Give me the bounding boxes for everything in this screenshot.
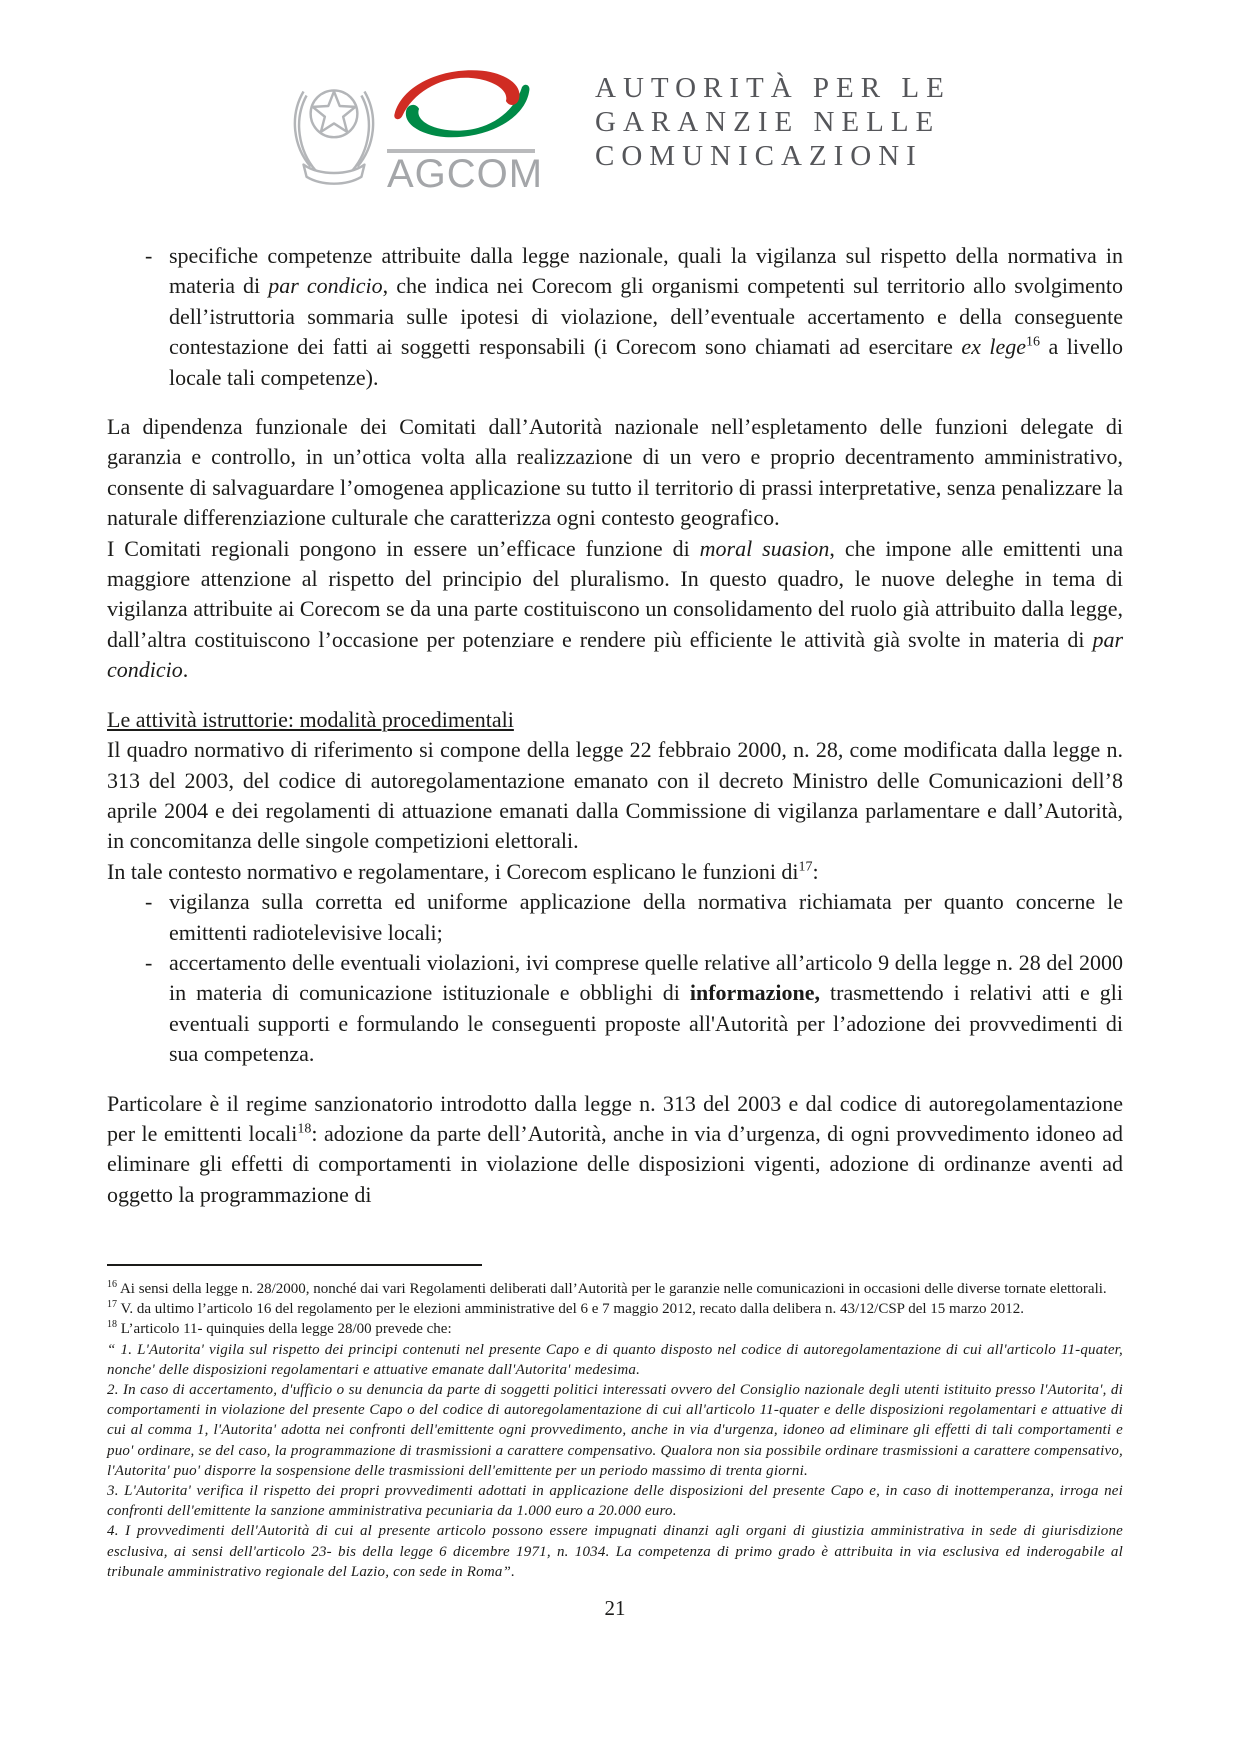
text-run: : — [813, 859, 819, 884]
footnote-ref: 17 — [799, 859, 813, 874]
paragraph: I Comitati regionali pongono in essere u… — [107, 534, 1123, 686]
text-run: par condicio — [268, 273, 382, 298]
footnote-area: 16 Ai sensi della legge n. 28/2000, nonc… — [107, 1260, 1123, 1621]
page-number: 21 — [107, 1596, 1123, 1621]
text-run: moral suasion — [700, 536, 830, 561]
paragraph: Particolare è il regime sanzionatorio in… — [107, 1089, 1123, 1211]
agcom-swoosh-icon — [387, 61, 537, 143]
text-run: Ai sensi della legge n. 28/2000, nonché … — [120, 1281, 1107, 1297]
footnote-item-17: 17 V. da ultimo l’articolo 16 del regola… — [107, 1299, 1123, 1319]
text-run: La dipendenza funzionale dei Comitati da… — [107, 414, 1123, 530]
paragraph: In tale contesto normativo e regolamenta… — [107, 857, 1123, 887]
agcom-header: AGCOM AUTORITÀ PER LE GARANZIE NELLE COM… — [283, 57, 963, 197]
footnote-marker: 18 — [107, 1319, 117, 1330]
document-page: AGCOM AUTORITÀ PER LE GARANZIE NELLE COM… — [0, 0, 1239, 1753]
text-run: . — [183, 657, 189, 682]
footnotes: 16 Ai sensi della legge n. 28/2000, nonc… — [107, 1279, 1123, 1582]
text-run: 2. In caso di accertamento, d'ufficio o … — [107, 1382, 1123, 1479]
footnote-ref: 16 — [1026, 335, 1040, 350]
text-run: L'Autorita' vigila sul rispetto dei prin… — [107, 1342, 1123, 1378]
bullet-dash: - — [145, 241, 152, 271]
bullet-item: -accertamento delle eventuali violazioni… — [107, 948, 1123, 1070]
footnote-continuation: “ 1. L'Autorita' vigila sul rispetto dei… — [107, 1340, 1123, 1380]
italian-republic-emblem-icon — [283, 63, 385, 189]
footnote-item-18: 18 L’articolo 11- quinquies della legge … — [107, 1319, 1123, 1339]
text-run: ex lege — [961, 334, 1026, 359]
text-run: Le attività istruttorie: modalità proced… — [107, 707, 514, 732]
paragraph: Il quadro normativo di riferimento si co… — [107, 735, 1123, 857]
agcom-logo-block: AGCOM — [387, 61, 539, 195]
paragraph: La dipendenza funzionale dei Comitati da… — [107, 412, 1123, 534]
bullet-item: -vigilanza sulla corretta ed uniforme ap… — [107, 887, 1123, 948]
authority-wordmark: AUTORITÀ PER LE GARANZIE NELLE COMUNICAZ… — [595, 71, 951, 173]
footnote-continuation: 3. L'Autorita' verifica il rispetto dei … — [107, 1481, 1123, 1521]
footnote-separator — [107, 1264, 482, 1266]
section-heading: Le attività istruttorie: modalità proced… — [107, 705, 1123, 735]
footnote-continuation: 2. In caso di accertamento, d'ufficio o … — [107, 1380, 1123, 1481]
footnote-item-16: 16 Ai sensi della legge n. 28/2000, nonc… — [107, 1279, 1123, 1299]
bullet-item: -specifiche competenze attribuite dalla … — [107, 241, 1123, 393]
text-run: Il quadro normativo di riferimento si co… — [107, 737, 1123, 853]
bullet-dash: - — [145, 948, 152, 978]
wordmark-line-1: AUTORITÀ PER LE — [595, 71, 951, 105]
document-body: -specifiche competenze attribuite dalla … — [107, 241, 1123, 1210]
text-run: “ 1. — [107, 1342, 137, 1358]
wordmark-line-3: COMUNICAZIONI — [595, 139, 951, 173]
text-run: In tale contesto normativo e regolamenta… — [107, 859, 799, 884]
bullet-dash: - — [145, 887, 152, 917]
text-run: vigilanza sulla corretta ed uniforme app… — [169, 889, 1123, 944]
agcom-wordmark: AGCOM — [387, 153, 539, 195]
footnote-ref: 18 — [297, 1122, 311, 1137]
text-run: V. da ultimo l’articolo 16 del regolamen… — [120, 1301, 1024, 1317]
wordmark-line-2: GARANZIE NELLE — [595, 105, 951, 139]
footnote-continuation: 4. I provvedimenti dell'Autorità di cui … — [107, 1521, 1123, 1582]
text-run: L’articolo 11- quinquies della legge 28/… — [121, 1321, 452, 1337]
footnote-marker: 17 — [107, 1299, 117, 1310]
text-run: I Comitati regionali pongono in essere u… — [107, 536, 700, 561]
footnote-marker: 16 — [107, 1279, 117, 1290]
text-run: 3. L'Autorita' verifica il rispetto dei … — [107, 1483, 1123, 1519]
text-run: informazione, — [690, 980, 820, 1005]
text-run: 4. I provvedimenti dell'Autorità di cui … — [107, 1523, 1123, 1579]
